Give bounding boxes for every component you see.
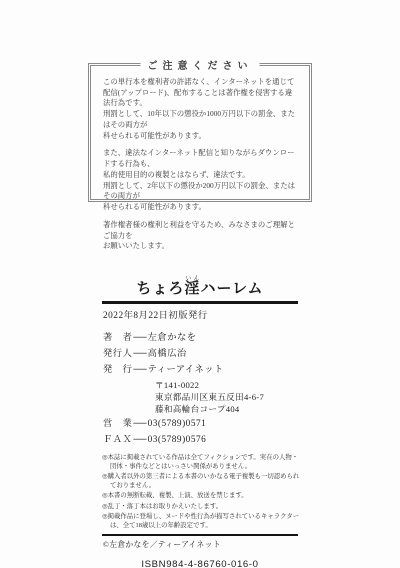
copyright-line: ©左倉かなを／ティーアイネット bbox=[100, 536, 300, 550]
issuer-value: 高橋広治 bbox=[148, 349, 187, 359]
edition-date: 2022年8月22日初版発行 bbox=[100, 304, 300, 321]
address-street: 東京都品川区東五反田4-6-7 bbox=[100, 391, 300, 403]
row-separator: ── bbox=[132, 349, 147, 359]
publication-info: 著 者──左倉かなを 発行人──高橋広治 発 行──ティーアイネット 〒141-… bbox=[100, 330, 300, 448]
book-title-suffix: ハーレム bbox=[200, 281, 263, 297]
colophon: ちょろ淫いんハーレム 2022年8月22日初版発行 著 者──左倉かなを 発行人… bbox=[100, 276, 300, 568]
notice-paragraph-cooperation: 著作権者様の権利と利益を守るため、みなさまのご理解とご協力を お願いいたします。 bbox=[103, 220, 299, 252]
note-fiction-disclaimer: ◎本誌に掲載されている作品は全てフィクションです。実在の人物・団体・事件などとは… bbox=[102, 453, 300, 471]
notice-paragraph-upload-warning: この単行本を権利者の許諾なく、インターネットを通じて 配信(アップロード)、配布… bbox=[103, 77, 299, 141]
fax-row: ＦＡＸ──03(5789)0576 bbox=[100, 432, 300, 448]
author-value: 左倉かなを bbox=[148, 333, 197, 343]
note-age-statement: ◎掲載作品に登場し、ヌードや性行為が描写されているキャラクターは、全て18歳以上… bbox=[102, 512, 300, 530]
book-title-prefix: ちょろ bbox=[136, 281, 184, 297]
publisher-address: 〒141-0022 東京都品川区東五反田4-6-7 藤和高輪台コープ404 bbox=[100, 379, 300, 415]
row-separator: ── bbox=[132, 419, 147, 429]
issuer-row: 発行人──高橋広治 bbox=[100, 346, 300, 362]
postal-code: 〒141-0022 bbox=[100, 379, 300, 391]
legal-notes: ◎本誌に掲載されている作品は全てフィクションです。実在の人物・団体・事件などとは… bbox=[100, 453, 300, 531]
sales-value: 03(5789)0571 bbox=[148, 419, 207, 429]
note-defective-copy-exchange: ◎乱丁・落丁本はお取りかえいたします。 bbox=[102, 502, 300, 511]
sales-label: 営 業 bbox=[103, 419, 132, 429]
publisher-label: 発 行 bbox=[103, 365, 132, 375]
notice-title: ご注意ください bbox=[141, 57, 260, 72]
author-row: 著 者──左倉かなを bbox=[100, 330, 300, 346]
book-colophon-page: ご注意ください この単行本を権利者の許諾なく、インターネットを通じて 配信(アッ… bbox=[0, 0, 400, 568]
isbn-number: ISBN984-4-86760-016-0 bbox=[100, 559, 300, 568]
row-separator: ── bbox=[132, 365, 147, 375]
book-title-ruby: 淫いん bbox=[184, 281, 200, 297]
author-label: 著 者 bbox=[103, 333, 132, 343]
publisher-row: 発 行──ティーアイネット bbox=[100, 362, 300, 378]
sales-phone-row: 営 業──03(5789)0571 bbox=[100, 416, 300, 432]
book-title-furigana: いん bbox=[184, 276, 200, 282]
notice-body: この単行本を権利者の許諾なく、インターネットを通じて 配信(アップロード)、配布… bbox=[91, 66, 309, 252]
fax-value: 03(5789)0576 bbox=[148, 435, 207, 445]
notice-paragraph-download-warning: また、違法なインターネット配信と知りながらダウンロードする行為も、 私的使用目的… bbox=[103, 148, 299, 212]
fax-label: ＦＡＸ bbox=[103, 435, 132, 445]
address-building: 藤和高輪台コープ404 bbox=[100, 403, 300, 415]
note-no-reproduction: ◎本書の無断転載、複製、上演、放送を禁じます。 bbox=[102, 491, 300, 500]
book-title-kanji: 淫 bbox=[184, 281, 200, 297]
note-no-digital-copy: ◎購入者以外の第三者による本書のいかなる電子複製も一切認められておりません。 bbox=[102, 472, 300, 490]
copyright-notice-box: ご注意ください この単行本を権利者の許諾なく、インターネットを通じて 配信(アッ… bbox=[88, 63, 312, 202]
book-title: ちょろ淫いんハーレム bbox=[100, 276, 300, 298]
publisher-value: ティーアイネット bbox=[148, 365, 224, 375]
row-separator: ── bbox=[132, 333, 147, 343]
issuer-label: 発行人 bbox=[103, 349, 132, 359]
row-separator: ── bbox=[132, 435, 147, 445]
